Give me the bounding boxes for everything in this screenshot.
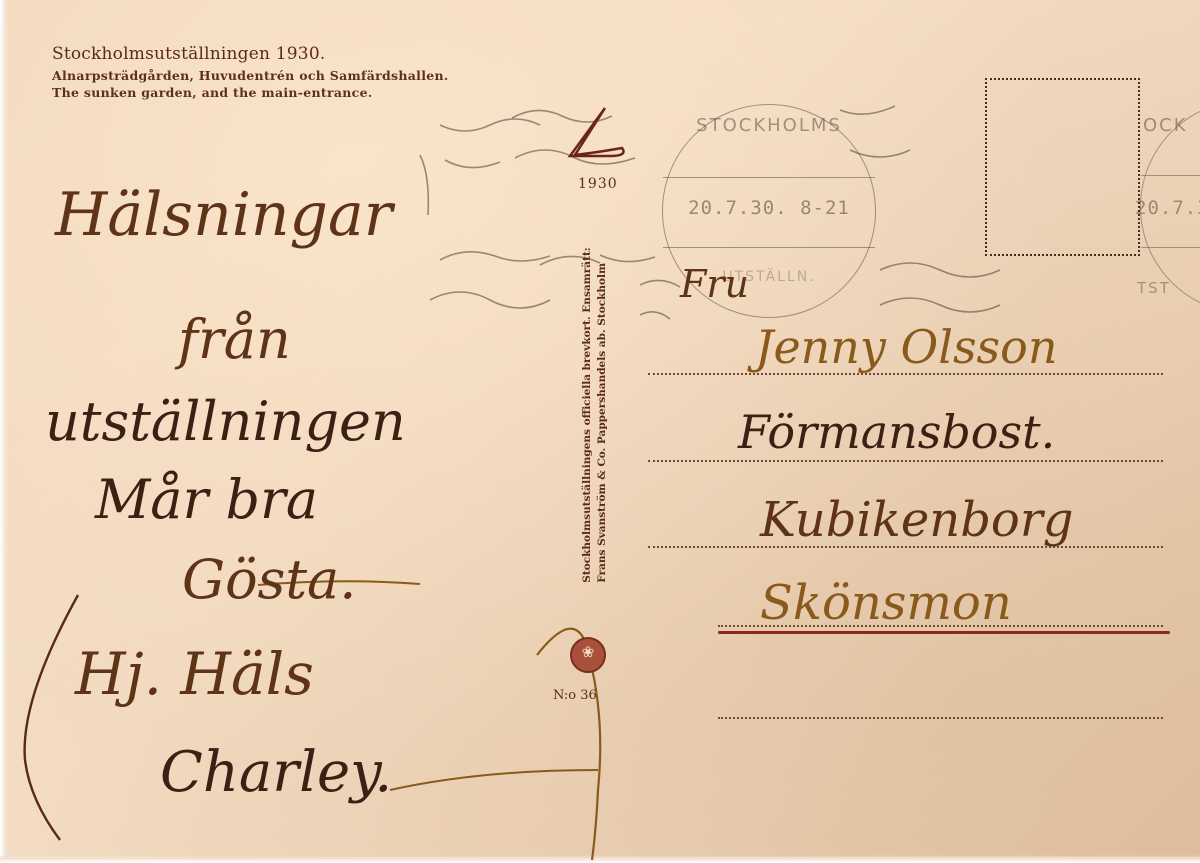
address-line-2: [648, 460, 1163, 462]
postmark-bar-bottom: [663, 247, 875, 248]
address-underline: [718, 631, 1170, 634]
publisher-line-2: Frans Svanström & Co. Pappershandels ab.…: [595, 247, 610, 582]
publisher-line-1: Stockholmsutställningens officiella brev…: [580, 247, 595, 582]
card-edge-left: [0, 0, 8, 863]
card-serial-number: N:o 36: [553, 688, 597, 703]
card-edge-bottom: [0, 855, 1200, 863]
postmark-partial-bar-top: [1141, 175, 1200, 176]
message-line-2: från: [178, 308, 291, 371]
caption-subtitle-swedish: Alnarpsträdgården, Huvudentrén och Samfä…: [52, 68, 449, 83]
message-signature: Gösta.: [182, 548, 356, 611]
address-salutation: Fru: [680, 262, 749, 306]
handwritten-l-mark: [570, 108, 624, 156]
publisher-imprint: Stockholmsutställningens officiella brev…: [555, 210, 635, 620]
publisher-seal-icon: ❀: [570, 637, 606, 673]
message-line-1: Hälsningar: [55, 180, 392, 250]
address-street: Förmansbost.: [738, 405, 1055, 459]
printed-caption: Stockholmsutställningen 1930. Alnarpsträ…: [52, 44, 449, 100]
postcard: Stockholmsutställningen 1930. Alnarpsträ…: [0, 0, 1200, 863]
divider-year: 1930: [578, 176, 618, 192]
message-line-3: utställningen: [45, 390, 406, 453]
caption-subtitle-english: The sunken garden, and the main-entrance…: [52, 85, 449, 100]
stamp-placeholder-box: [985, 78, 1140, 256]
address-town: Skönsmon: [760, 575, 1012, 631]
address-line-5: [718, 717, 1163, 719]
postmark-partial-date: 20.7.30: [1135, 197, 1200, 219]
postmark-date: 20.7.30. 8-21: [663, 197, 875, 219]
address-name: Jenny Olsson: [755, 320, 1057, 374]
postscript-signature: Charley.: [160, 740, 392, 805]
postmark-bar-top: [663, 177, 875, 178]
postmark-partial: OCK 20.7.30 TST: [1140, 100, 1200, 314]
postmark-partial-city: OCK: [1143, 115, 1188, 136]
postscript-line-1: Hj. Häls: [75, 640, 314, 708]
postmark-city: STOCKHOLMS: [663, 115, 875, 136]
caption-title: Stockholmsutställningen 1930.: [52, 44, 449, 64]
message-line-4: Mår bra: [95, 468, 318, 531]
address-district: Kubikenborg: [760, 492, 1074, 548]
postmark-partial-office: TST: [1137, 279, 1171, 297]
postmark-partial-bar-bottom: [1141, 247, 1200, 248]
